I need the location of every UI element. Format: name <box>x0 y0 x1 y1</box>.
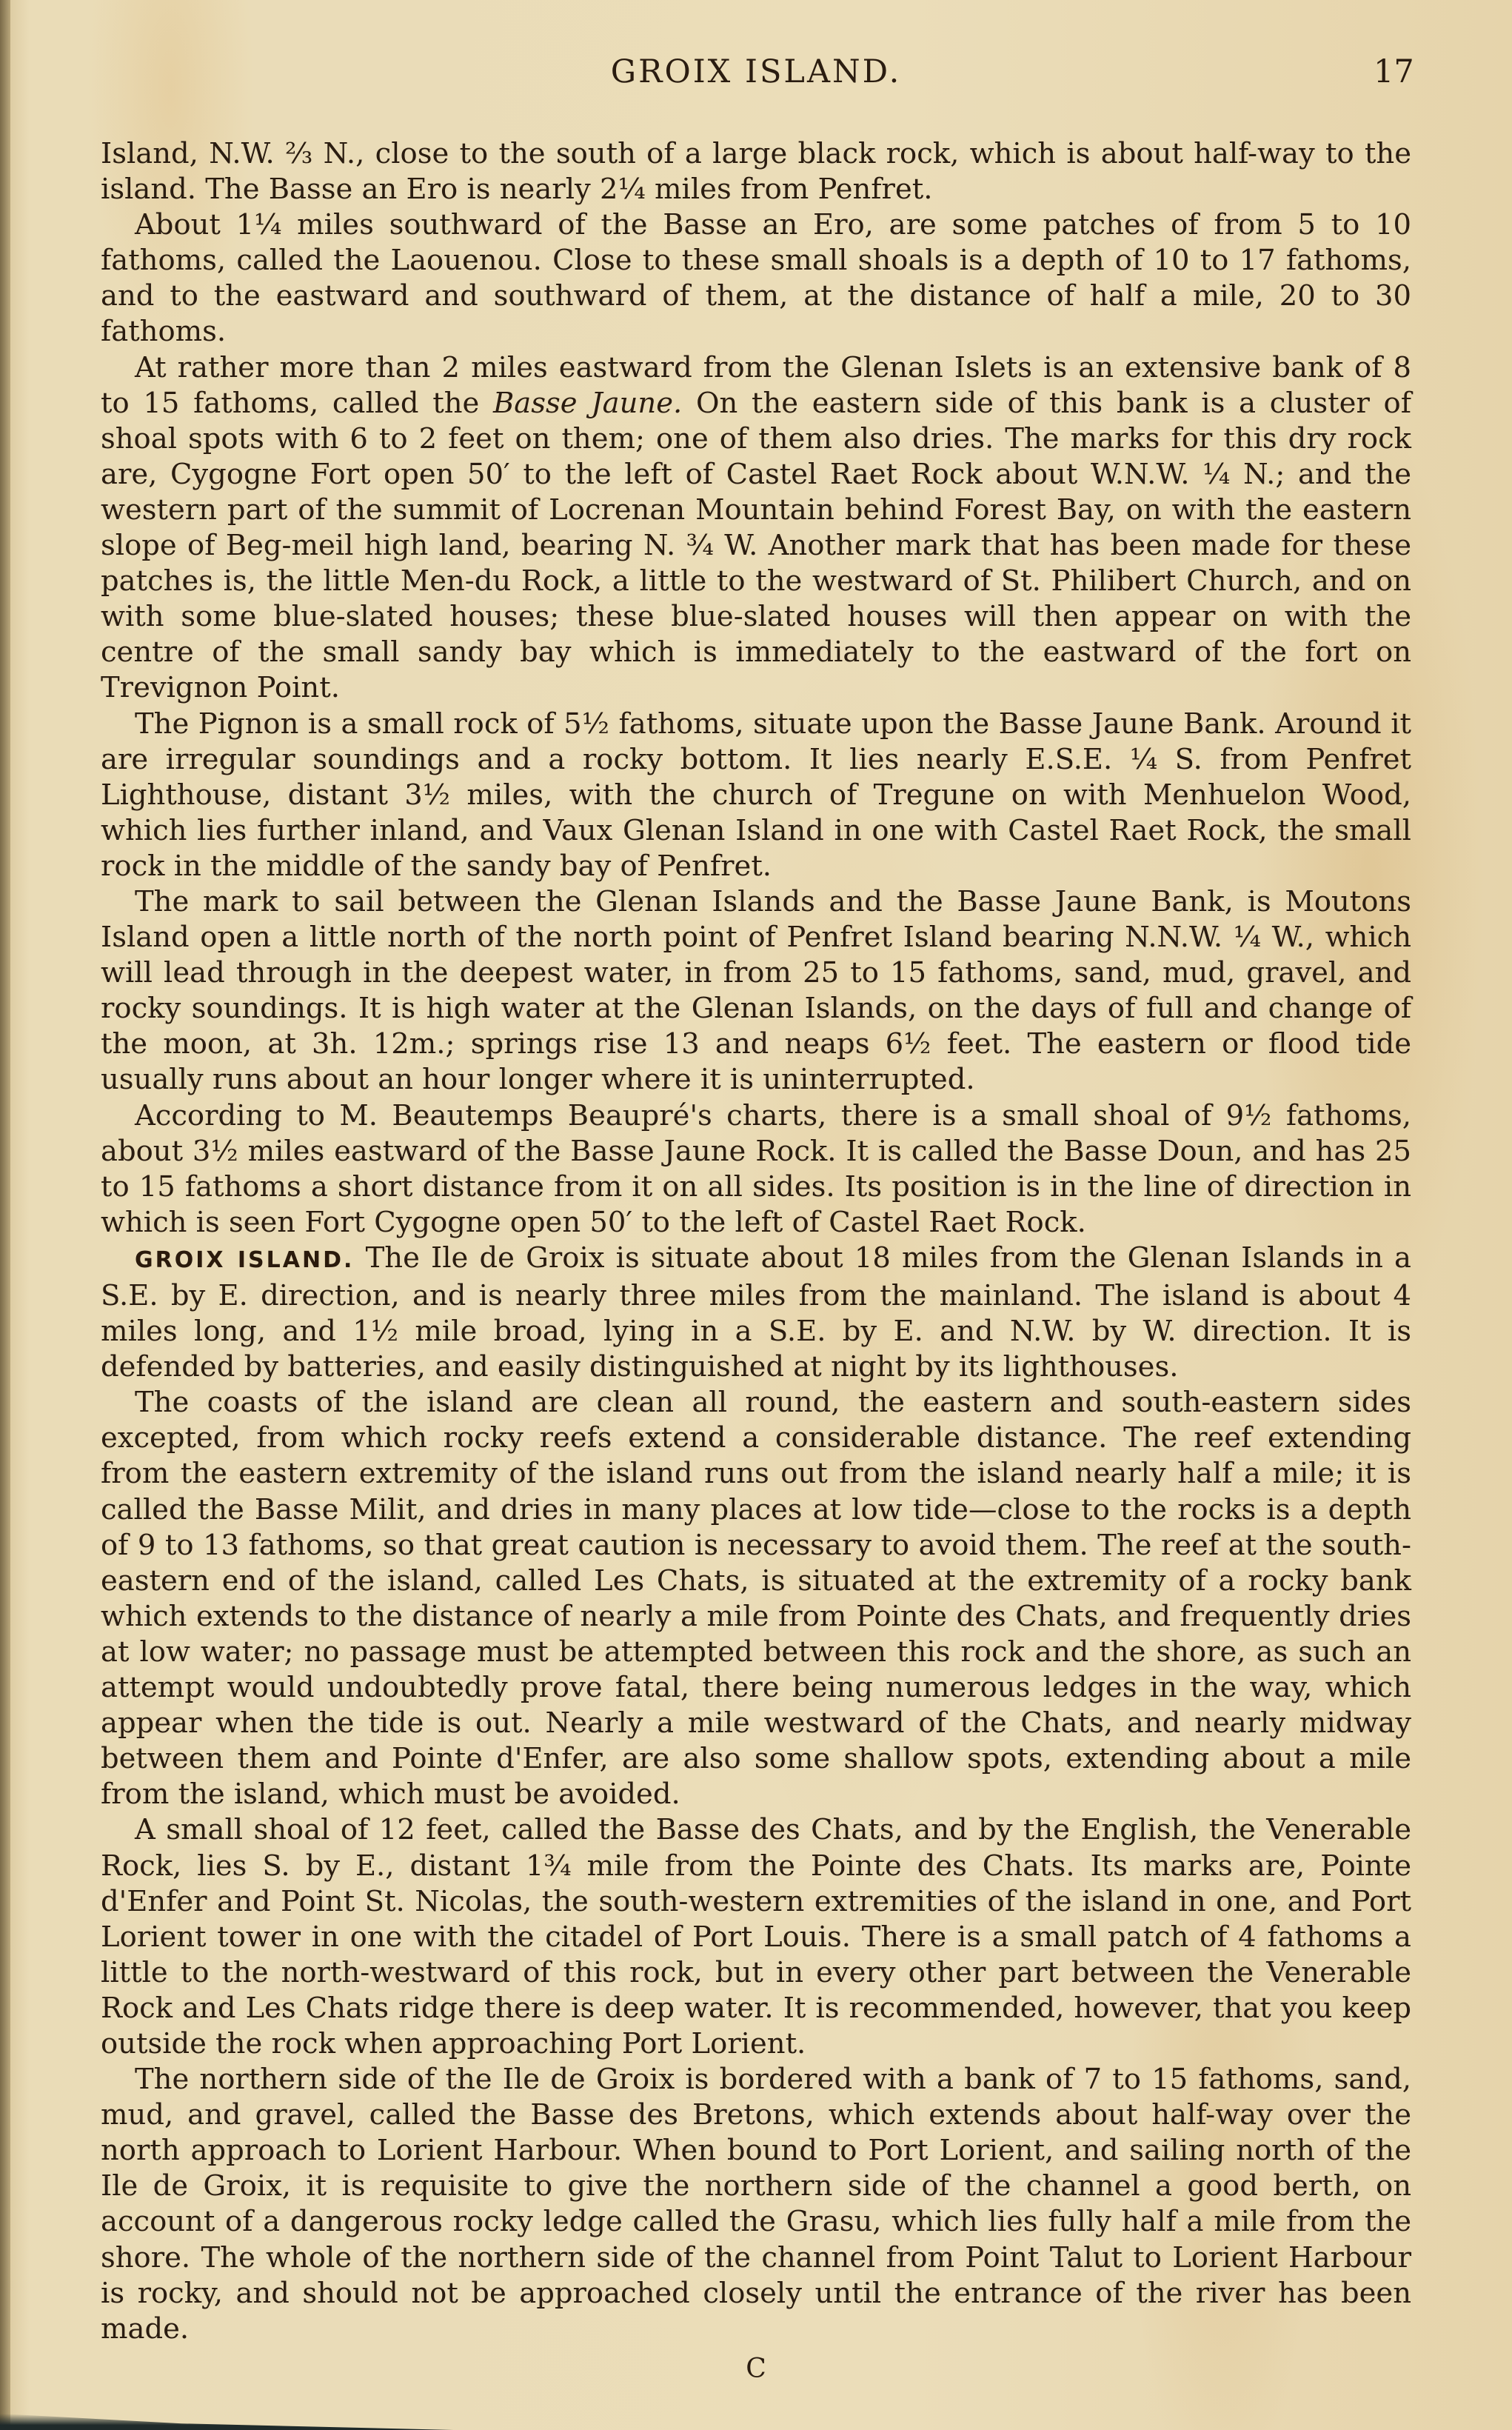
paragraph-groix-island: GROIX ISLAND. The Ile de Groix is situat… <box>101 1241 1411 1385</box>
page-bottom-shadow <box>0 2414 1512 2430</box>
paragraph-venerable-rock: A small shoal of 12 feet, called the Bas… <box>101 1812 1411 2062</box>
book-page: GROIX ISLAND. 17 Island, N.W. ⅔ N., clos… <box>0 0 1512 2430</box>
italic-place-name: Basse Jaune. <box>493 387 682 420</box>
section-sidehead: GROIX ISLAND. <box>135 1247 354 1273</box>
body-text: Island, N.W. ⅔ N., close to the south of… <box>101 136 1411 2347</box>
paragraph-coasts: The coasts of the island are clean all r… <box>101 1385 1411 1812</box>
paragraph-basse-doun: According to M. Beautemps Beaupré's char… <box>101 1098 1411 1241</box>
paragraph-text: On the eastern side of this bank is a cl… <box>101 387 1411 705</box>
signature-mark: C <box>0 2354 1512 2384</box>
paragraph-basse-jaune: At rather more than 2 miles eastward fro… <box>101 350 1411 707</box>
paragraph-northern-side: The northern side of the Ile de Groix is… <box>101 2062 1411 2347</box>
paragraph-laouenou: About 1¼ miles southward of the Basse an… <box>101 207 1411 350</box>
paragraph-1: Island, N.W. ⅔ N., close to the south of… <box>101 136 1411 207</box>
paragraph-sailing-mark: The mark to sail between the Glenan Isla… <box>101 884 1411 1098</box>
page-gutter-edge <box>0 0 10 2430</box>
running-title: GROIX ISLAND. <box>0 53 1512 90</box>
page-number: 17 <box>1374 53 1414 90</box>
paragraph-pignon: The Pignon is a small rock of 5½ fathoms… <box>101 707 1411 884</box>
running-head: GROIX ISLAND. 17 <box>0 53 1512 98</box>
